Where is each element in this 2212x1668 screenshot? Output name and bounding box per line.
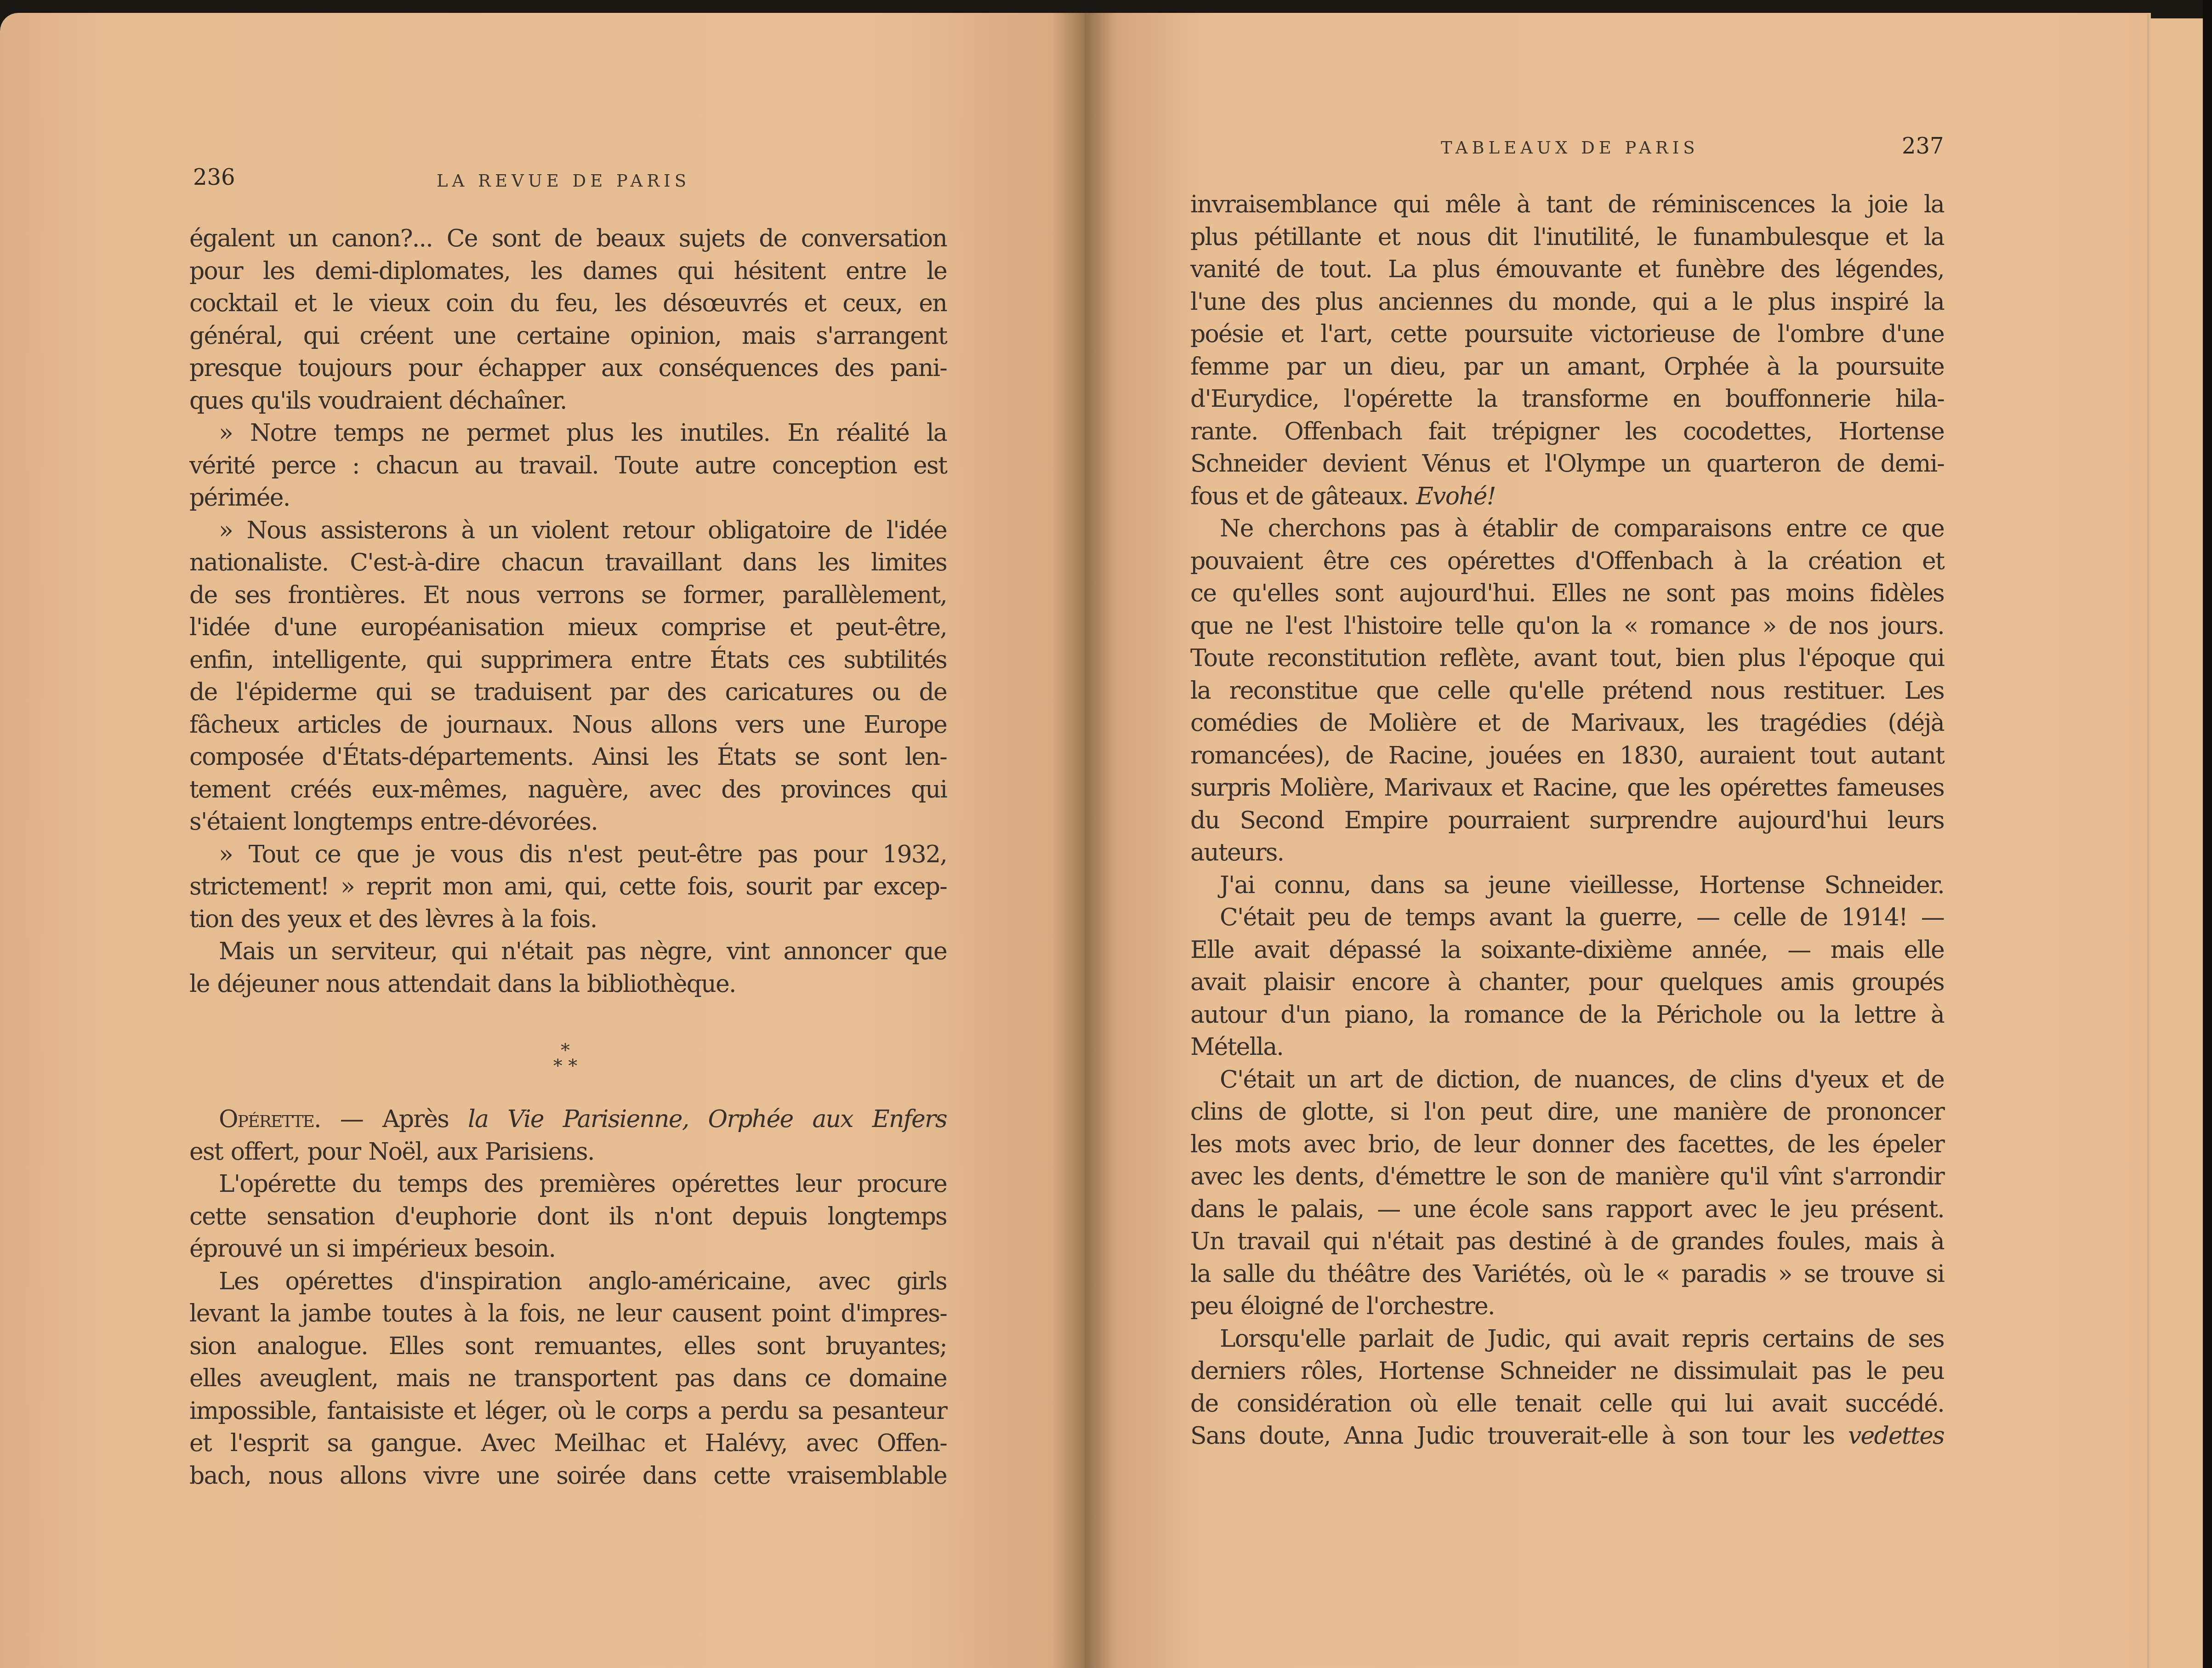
text-line: » Notre temps ne permet plus les inutile… — [189, 417, 947, 450]
text-line: cocktail et le vieux coin du feu, les dé… — [189, 287, 947, 320]
text-line: le déjeuner nous attendait dans la bibli… — [189, 968, 947, 1001]
text-line: Mais un serviteur, qui n'était pas nègre… — [189, 935, 947, 968]
last-line-italic: vedettes — [1848, 1422, 1944, 1450]
text-line: Lorsqu'elle parlait de Judic, qui avait … — [1190, 1323, 1944, 1355]
text-line: de considération où elle tenait celle qu… — [1190, 1388, 1944, 1420]
text-line: poésie et l'art, cette poursuite victori… — [1190, 318, 1944, 351]
scan-border — [2203, 0, 2212, 1668]
text-line: l'idée d'une européanisation mieux compr… — [189, 611, 947, 644]
text-line: clins de glotte, si l'on peut dire, une … — [1190, 1096, 1944, 1128]
text-line: la reconstitue que celle qu'elle prétend… — [1190, 675, 1944, 707]
text-line: strictement! » reprit mon ami, qui, cett… — [189, 871, 947, 903]
running-head-left: LA REVUE DE PARIS — [437, 171, 690, 191]
text-line: l'une des plus anciennes du monde, qui a… — [1190, 286, 1944, 319]
text-line: sion analogue. Elles sont remuantes, ell… — [189, 1330, 947, 1363]
text-line: Elle avait dépassé la soixante-dixième a… — [1190, 934, 1944, 967]
text-line: vanité de tout. La plus émouvante et fun… — [1190, 253, 1944, 286]
page-edge — [2151, 18, 2204, 1668]
text-line: J'ai connu, dans sa jeune vieillesse, Ho… — [1190, 869, 1944, 902]
text-line: C'était peu de temps avant la guerre, — … — [1190, 901, 1944, 934]
text-line: romancées), de Racine, jouées en 1830, a… — [1190, 740, 1944, 772]
text-line: autour d'un piano, la romance de la Péri… — [1190, 999, 1944, 1031]
text-line: C'était un art de diction, de nuances, d… — [1190, 1064, 1944, 1096]
asterism-divider: * * * — [542, 1042, 588, 1074]
text-line: avait plaisir encore à chanter, pour que… — [1190, 966, 1944, 999]
text-line: éprouvé un si impérieux besoin. — [189, 1233, 947, 1265]
text-line: invraisemblance qui mêle à tant de rémin… — [1190, 188, 1944, 221]
text-line: » Nous assisterons à un violent retour o… — [189, 514, 947, 547]
text-line: surpris Molière, Marivaux et Racine, que… — [1190, 772, 1944, 804]
text-line: les mots avec brio, de leur donner des f… — [1190, 1128, 1944, 1161]
text-line: enfin, intelligente, qui supprimera entr… — [189, 644, 947, 677]
left-body-text: égalent un canon?... Ce sont de beaux su… — [189, 222, 947, 1000]
page-number-left: 236 — [193, 165, 235, 190]
right-lines-2: Ne cherchons pas à établir de comparaiso… — [1190, 512, 1944, 1420]
text-line: pour les demi-diplomates, les dames qui … — [189, 255, 947, 288]
text-line: la salle du théâtre des Variétés, où le … — [1190, 1258, 1944, 1291]
text-line: de l'épiderme qui se traduisent par des … — [189, 676, 947, 709]
evohe-prefix: fous et de gâteaux. — [1190, 483, 1416, 510]
text-line: ce qu'elles sont aujourd'hui. Elles ne s… — [1190, 577, 1944, 610]
text-line: peu éloigné de l'orchestre. — [1190, 1290, 1944, 1323]
text-line: et l'esprit sa gangue. Avec Meilhac et H… — [189, 1427, 947, 1460]
text-line: presque toujours pour échapper aux consé… — [189, 352, 947, 385]
left-section-operette: Opérette. — Après la Vie Parisienne, Orp… — [189, 1103, 947, 1492]
text-line: Métella. — [1190, 1031, 1944, 1064]
right-body-text: invraisemblance qui mêle à tant de rémin… — [1190, 188, 1944, 1452]
section-heading: Opérette. — [219, 1105, 321, 1133]
page-number-right: 237 — [1902, 133, 1944, 159]
section-dash: — Après — [321, 1105, 468, 1133]
text-line: tion des yeux et des lèvres à la fois. — [189, 903, 947, 936]
page-fold — [2147, 14, 2149, 1668]
text-line: impossible, fantaisiste et léger, où le … — [189, 1395, 947, 1428]
text-line: égalent un canon?... Ce sont de beaux su… — [189, 222, 947, 255]
left-after-lines: L'opérette du temps des premières opéret… — [189, 1168, 947, 1492]
right-lines-1: invraisemblance qui mêle à tant de rémin… — [1190, 188, 1944, 480]
text-line: Les opérettes d'inspiration anglo-améric… — [189, 1265, 947, 1298]
text-line: Toute reconstitution reflète, avant tout… — [1190, 642, 1944, 675]
text-line: » Tout ce que je vous dis n'est peut-êtr… — [189, 838, 947, 871]
evohe-line: fous et de gâteaux. Evohé! — [1190, 480, 1944, 513]
text-line: plus pétillante et nous dit l'inutilité,… — [1190, 221, 1944, 254]
text-line: général, qui créent une certaine opinion… — [189, 320, 947, 353]
text-line: du Second Empire pourraient surprendre a… — [1190, 804, 1944, 837]
last-line: Sans doute, Anna Judic trouverait-elle à… — [1190, 1420, 1944, 1452]
last-line-prefix: Sans doute, Anna Judic trouverait-elle à… — [1190, 1422, 1848, 1450]
text-line: rante. Offenbach fait trépigner les coco… — [1190, 416, 1944, 448]
text-line: Schneider devient Vénus et l'Olympe un q… — [1190, 448, 1944, 480]
text-line: périmée. — [189, 482, 947, 514]
text-line: dans le palais, — une école sans rapport… — [1190, 1193, 1944, 1226]
text-line: composée d'États-départements. Ainsi les… — [189, 741, 947, 774]
section-first-line: Opérette. — Après la Vie Parisienne, Orp… — [189, 1103, 947, 1136]
text-line: d'Eurydice, l'opérette la transforme en … — [1190, 383, 1944, 416]
text-line: fâcheux articles de journaux. Nous allon… — [189, 709, 947, 741]
text-line: pouvaient être ces opérettes d'Offenbach… — [1190, 545, 1944, 578]
text-line: s'étaient longtemps entre-dévorées. — [189, 806, 947, 838]
text-line: cette sensation d'euphorie dont ils n'on… — [189, 1201, 947, 1233]
text-line: bach, nous allons vivre une soirée dans … — [189, 1460, 947, 1492]
text-line: Ne cherchons pas à établir de comparaiso… — [1190, 512, 1944, 545]
running-head-right: TABLEAUX DE PARIS — [1441, 138, 1699, 158]
text-line: nationaliste. C'est-à-dire chacun travai… — [189, 547, 947, 579]
text-line: femme par un dieu, par un amant, Orphée … — [1190, 351, 1944, 383]
text-line: Un travail qui n'était pas destiné à de … — [1190, 1225, 1944, 1258]
text-line: que ne l'est l'histoire telle qu'on la «… — [1190, 610, 1944, 643]
section-second-line: est offert, pour Noël, aux Parisiens. — [189, 1136, 947, 1168]
text-line: vérité perce : chacun au travail. Toute … — [189, 450, 947, 482]
asterism-bottom: * * — [542, 1058, 588, 1074]
section-italic-titles: la Vie Parisienne, Orphée aux Enfers — [468, 1105, 947, 1133]
text-line: elles aveuglent, mais ne transportent pa… — [189, 1362, 947, 1395]
text-line: comédies de Molière et de Marivaux, les … — [1190, 707, 1944, 740]
text-line: L'opérette du temps des premières opéret… — [189, 1168, 947, 1201]
evohe-italic: Evohé! — [1416, 483, 1496, 510]
text-line: ques qu'ils voudraient déchaîner. — [189, 385, 947, 417]
text-line: tement créés eux-mêmes, naguère, avec de… — [189, 774, 947, 806]
text-line: levant la jambe toutes à la fois, ne leu… — [189, 1298, 947, 1330]
text-line: avec les dents, d'émettre le son de mani… — [1190, 1161, 1944, 1193]
text-line: auteurs. — [1190, 837, 1944, 869]
text-line: de ses frontières. Et nous verrons se fo… — [189, 579, 947, 612]
text-line: derniers rôles, Hortense Schneider ne di… — [1190, 1355, 1944, 1388]
